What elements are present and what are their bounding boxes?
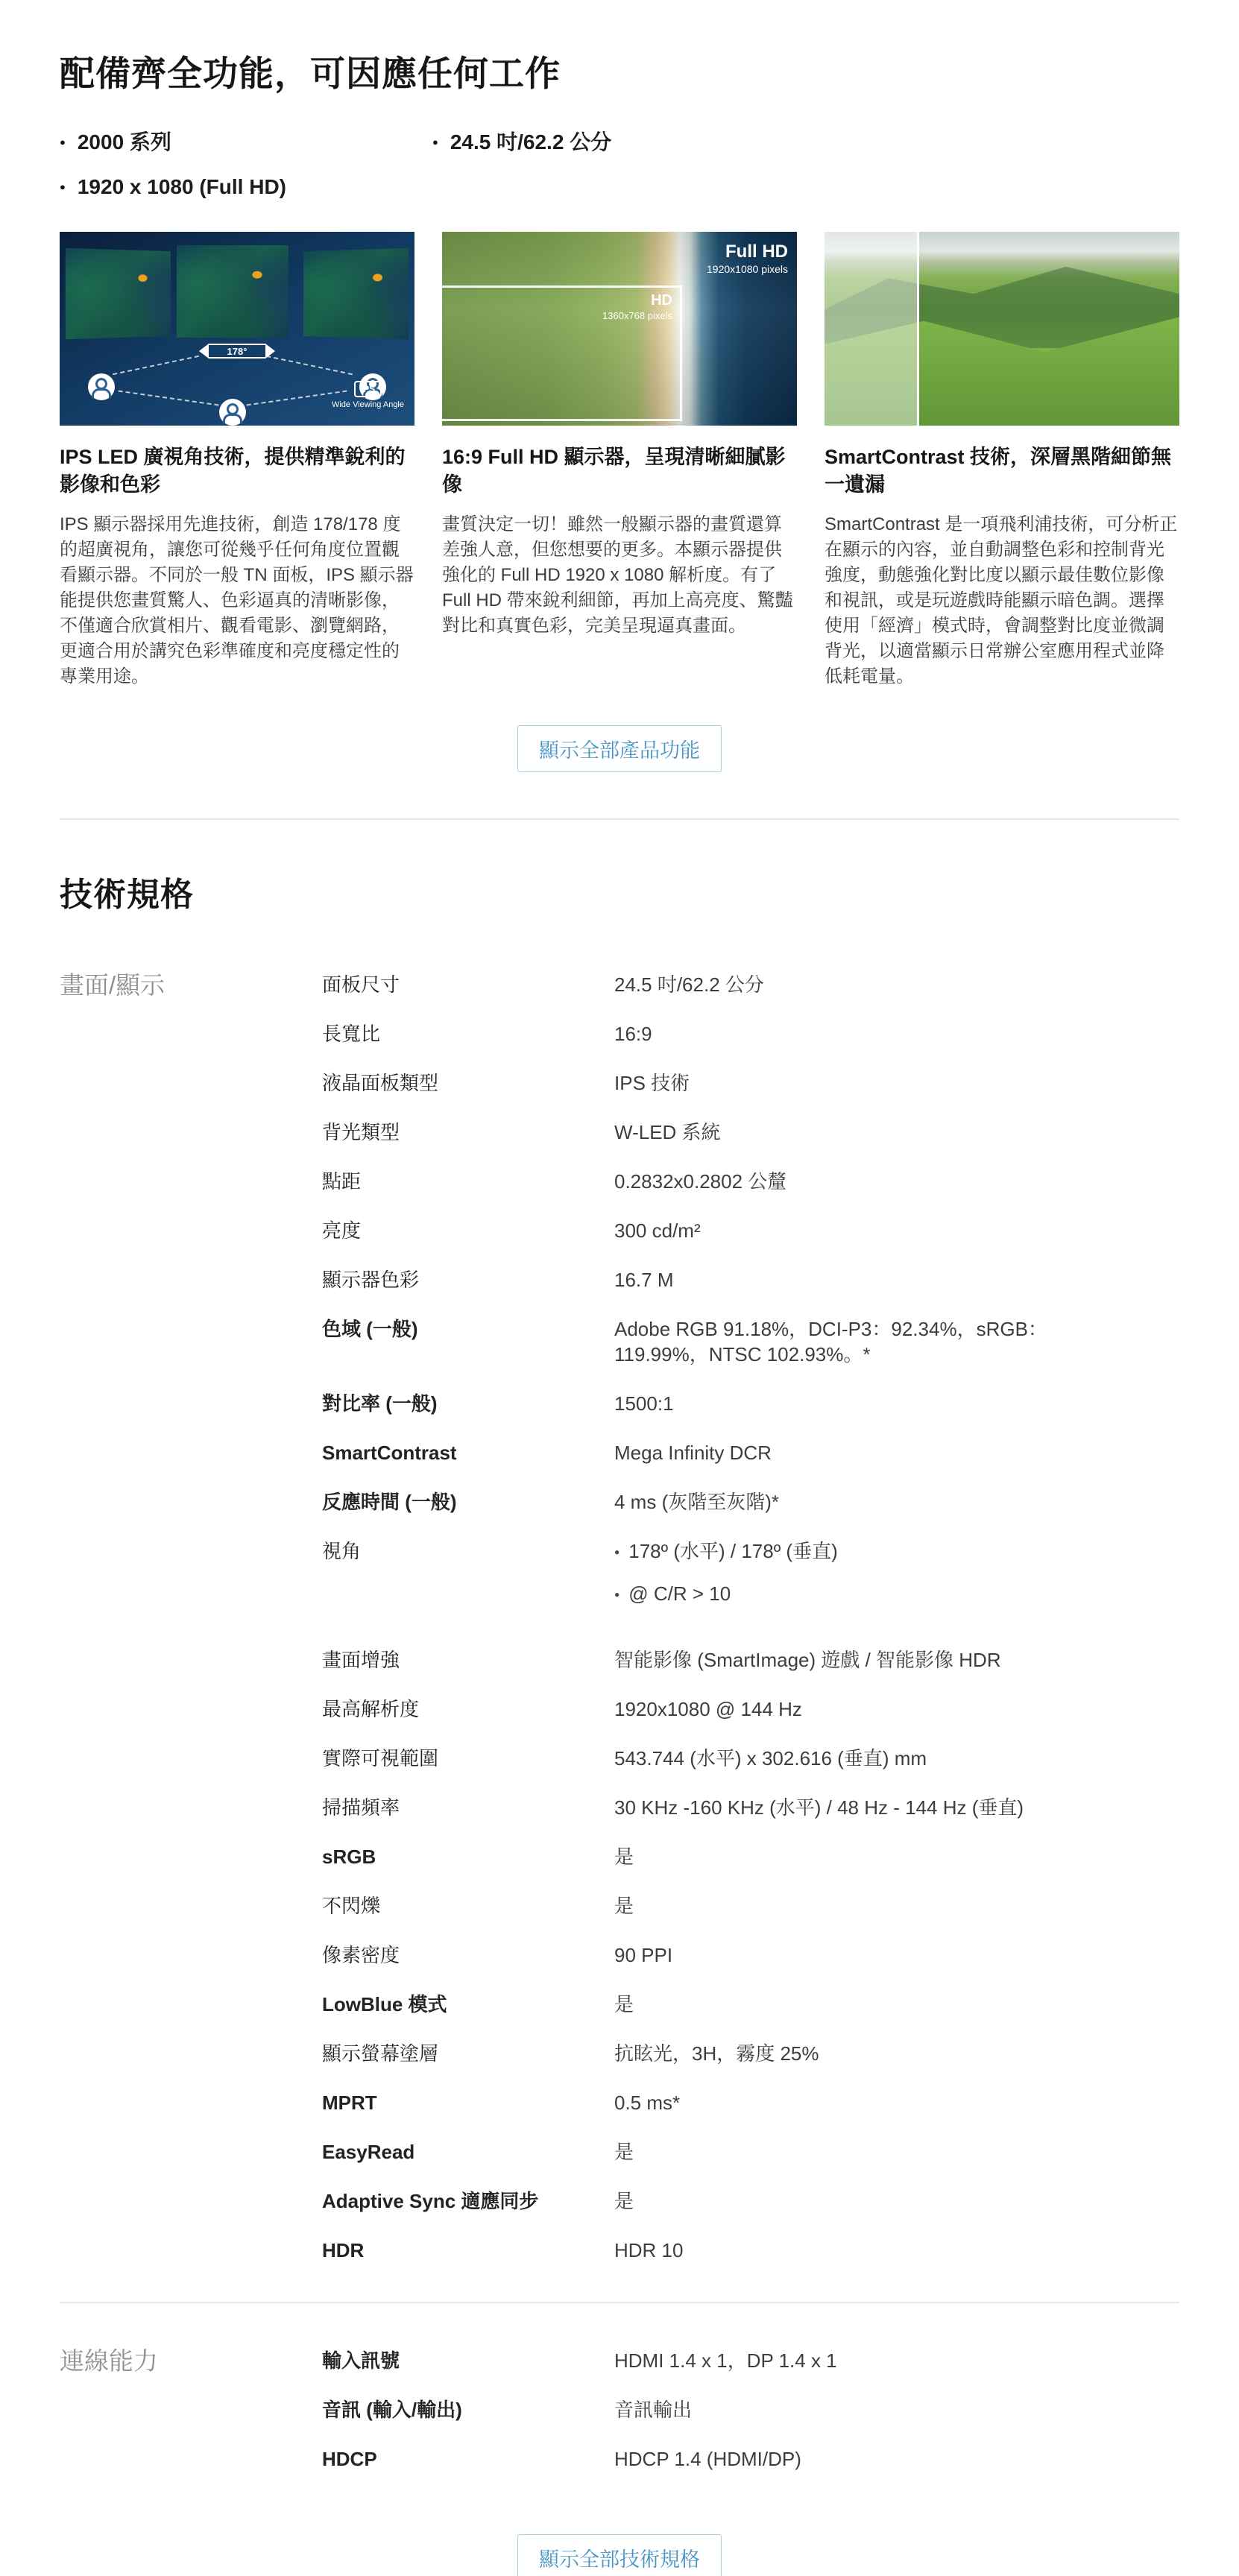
spec-section: 畫面/顯示面板尺寸24.5 吋/62.2 公分長寬比16:9液晶面板類型IPS … [60, 972, 1179, 2287]
spec-row: 最高解析度1920x1080 @ 144 Hz [322, 1696, 1179, 1722]
spec-label: 不閃爍 [322, 1893, 614, 1919]
spec-label: 視角 [322, 1538, 614, 1564]
card-title: IPS LED 廣視角技術，提供精準銳利的影像和色彩 [60, 443, 414, 499]
spec-value: HDMI 1.4 x 1，DP 1.4 x 1 [614, 2348, 837, 2373]
highlight-item: ●1920 x 1080 (Full HD) [60, 175, 432, 199]
arrow-left-icon [199, 344, 209, 359]
spec-value: 是 [614, 1844, 634, 1869]
hd-resolution: 1360x768 pixels [602, 310, 672, 321]
highlight-text: 2000 系列 [78, 126, 171, 156]
spec-value: Adobe RGB 91.18%，DCI-P3：92.34%，sRGB：119.… [614, 1316, 1136, 1367]
spec-value: IPS 技術 [614, 1070, 690, 1096]
spec-label: 掃描頻率 [322, 1795, 614, 1820]
features-heading: 配備齊全功能，可因應任何工作 [60, 46, 1179, 96]
spec-row: Adaptive Sync 適應同步是 [322, 2188, 1179, 2214]
spec-row: EasyRead是 [322, 2139, 1179, 2165]
spec-row: 畫面增強智能影像 (SmartImage) 遊戲 / 智能影像 HDR [322, 1647, 1179, 1673]
spec-label: 音訊 (輸入/輸出) [322, 2397, 614, 2422]
spec-value: 1920x1080 @ 144 Hz [614, 1696, 802, 1722]
spec-row: 面板尺寸24.5 吋/62.2 公分 [322, 972, 1179, 997]
spec-rows: 輸入訊號HDMI 1.4 x 1，DP 1.4 x 1音訊 (輸入/輸出)音訊輸… [322, 2348, 1179, 2495]
spec-value: HDCP 1.4 (HDMI/DP) [614, 2446, 801, 2472]
spec-row: 顯示螢幕塗層抗眩光，3H，霧度 25% [322, 2041, 1179, 2066]
card-body: SmartContrast 是一項飛利浦技術，可分析正在顯示的內容，並自動調整色… [825, 512, 1179, 689]
spec-value: 4 ms (灰階至灰階)* [614, 1489, 779, 1515]
spec-row: 像素密度90 PPI [322, 1942, 1179, 1968]
bullet-icon: ● [60, 136, 66, 148]
ips-wide-viewing-angle-image: 178° IPS Wide Viewing Angle [60, 232, 414, 426]
spec-value: 音訊輸出 [614, 2397, 692, 2422]
spec-row: 顯示器色彩16.7 M [322, 1267, 1179, 1292]
spec-label: LowBlue 模式 [322, 1992, 614, 2017]
feature-card-smartcontrast: SmartContrast 技術，深層黑階細節無一遺漏 SmartContras… [825, 232, 1179, 689]
spec-row: 反應時間 (一般)4 ms (灰階至灰階)* [322, 1489, 1179, 1515]
spec-value-list: ●178º (水平) / 178º (垂直)●@ C/R > 10 [614, 1538, 838, 1623]
spec-label: 液晶面板類型 [322, 1070, 614, 1096]
highlight-item: ●24.5 吋/62.2 公分 [432, 126, 1179, 156]
bullet-icon: ● [432, 136, 438, 148]
spec-row: 長寬比16:9 [322, 1021, 1179, 1046]
ips-badge-icon: IPS [354, 381, 382, 397]
spec-label: 亮度 [322, 1218, 614, 1243]
spec-row: LowBlue 模式是 [322, 1992, 1179, 2017]
spec-value: 是 [614, 2188, 634, 2214]
spec-row: 輸入訊號HDMI 1.4 x 1，DP 1.4 x 1 [322, 2348, 1179, 2373]
spec-row: 色域 (一般)Adobe RGB 91.18%，DCI-P3：92.34%，sR… [322, 1316, 1179, 1367]
spec-row: 背光類型W-LED 系統 [322, 1120, 1179, 1145]
section-divider [60, 2302, 1179, 2303]
full-hd-title: Full HD [707, 242, 788, 262]
spec-label: HDR [322, 2238, 614, 2263]
spec-value: Mega Infinity DCR [614, 1440, 772, 1465]
hd-area-outline: HD 1360x768 pixels [442, 285, 682, 421]
spec-section-label: 連線能力 [60, 2348, 322, 2375]
spec-label: 像素密度 [322, 1942, 614, 1968]
low-contrast-overlay [825, 232, 917, 426]
spec-label: 點距 [322, 1169, 614, 1194]
spec-value: 1500:1 [614, 1391, 674, 1416]
spec-value: 0.5 ms* [614, 2090, 680, 2115]
spec-value: 是 [614, 1893, 634, 1919]
comparison-split-line [917, 232, 919, 426]
spec-value: HDR 10 [614, 2238, 683, 2263]
spec-value-text: @ C/R > 10 [628, 1581, 731, 1606]
spec-value: 16:9 [614, 1021, 652, 1046]
spec-label: 輸入訊號 [322, 2348, 614, 2373]
highlight-text: 24.5 吋/62.2 公分 [450, 126, 611, 156]
spec-label: HDCP [322, 2446, 614, 2472]
spec-label: SmartContrast [322, 1440, 614, 1465]
spec-sections: 畫面/顯示面板尺寸24.5 吋/62.2 公分長寬比16:9液晶面板類型IPS … [60, 972, 1179, 2495]
highlights-list: ●2000 系列 ●24.5 吋/62.2 公分 ●1920 x 1080 (F… [60, 126, 1179, 199]
bullet-icon: ● [614, 1539, 619, 1565]
spec-section-label: 畫面/顯示 [60, 972, 322, 999]
spec-row: 點距0.2832x0.2802 公釐 [322, 1169, 1179, 1194]
spec-label: Adaptive Sync 適應同步 [322, 2188, 614, 2214]
bullet-icon: ● [614, 1582, 619, 1607]
spec-label: 實際可視範圍 [322, 1746, 614, 1771]
viewer-person-icon [88, 373, 115, 400]
monitor-screen-left [66, 248, 171, 339]
spec-row: 音訊 (輸入/輸出)音訊輸出 [322, 2397, 1179, 2422]
spec-row: 不閃爍是 [322, 1893, 1179, 1919]
section-divider [60, 818, 1179, 820]
spec-label: 顯示器色彩 [322, 1267, 614, 1292]
spec-label: 色域 (一般) [322, 1316, 614, 1342]
hd-title: HD [602, 292, 672, 309]
spec-rows: 面板尺寸24.5 吋/62.2 公分長寬比16:9液晶面板類型IPS 技術背光類… [322, 972, 1179, 2287]
highlight-text: 1920 x 1080 (Full HD) [78, 175, 286, 199]
spec-value-bullet: ●@ C/R > 10 [614, 1581, 838, 1610]
spec-value: 16.7 M [614, 1267, 674, 1292]
spec-row: MPRT0.5 ms* [322, 2090, 1179, 2115]
dashed-sightline [266, 356, 353, 375]
card-body: IPS 顯示器採用先進技術，創造 178/178 度的超廣視角，讓您可從幾乎任何… [60, 512, 414, 689]
spec-label: 面板尺寸 [322, 972, 614, 997]
show-all-features-row: 顯示全部產品功能 [60, 725, 1179, 772]
hd-overlay-label: HD 1360x768 pixels [602, 292, 672, 321]
spec-label: MPRT [322, 2090, 614, 2115]
spec-value: 抗眩光，3H，霧度 25% [614, 2041, 819, 2066]
spec-value: 300 cd/m² [614, 1218, 701, 1243]
show-all-features-button[interactable]: 顯示全部產品功能 [517, 725, 722, 772]
spec-row: SmartContrastMega Infinity DCR [322, 1440, 1179, 1465]
spec-row: 視角●178º (水平) / 178º (垂直)●@ C/R > 10 [322, 1538, 1179, 1623]
spec-label: sRGB [322, 1844, 614, 1869]
spec-row: 液晶面板類型IPS 技術 [322, 1070, 1179, 1096]
show-all-specs-row: 顯示全部技術規格 [60, 2534, 1179, 2576]
spec-row: HDRHDR 10 [322, 2238, 1179, 2263]
arrow-right-icon [265, 344, 275, 359]
product-page: 配備齊全功能，可因應任何工作 ●2000 系列 ●24.5 吋/62.2 公分 … [0, 0, 1239, 2576]
show-all-specs-button[interactable]: 顯示全部技術規格 [517, 2534, 722, 2576]
spec-value: W-LED 系統 [614, 1120, 721, 1145]
feature-cards: 178° IPS Wide Viewing Angle IPS LED 廣視角技… [60, 232, 1179, 689]
spec-label: 長寬比 [322, 1021, 614, 1046]
spec-label: EasyRead [322, 2139, 614, 2165]
card-body: 畫質決定一切！雖然一般顯示器的畫質還算差強人意，但您想要的更多。本顯示器提供強化… [442, 512, 797, 639]
spec-value: 543.744 (水平) x 302.616 (垂直) mm [614, 1746, 927, 1771]
viewer-person-icon [219, 399, 246, 426]
spec-value-text: 178º (水平) / 178º (垂直) [628, 1538, 838, 1564]
spec-row: 掃描頻率30 KHz -160 KHz (水平) / 48 Hz - 144 H… [322, 1795, 1179, 1820]
spec-label: 畫面增強 [322, 1647, 614, 1673]
viewing-angle-arrow-icon: 178° [199, 344, 275, 359]
spec-label: 顯示螢幕塗層 [322, 2041, 614, 2066]
spec-value: 是 [614, 1992, 634, 2017]
full-hd-comparison-image: Full HD 1920x1080 pixels HD 1360x768 pix… [442, 232, 797, 426]
smartcontrast-mountains-image [825, 232, 1179, 426]
spec-row: 實際可視範圍543.744 (水平) x 302.616 (垂直) mm [322, 1746, 1179, 1771]
full-hd-overlay-label: Full HD 1920x1080 pixels [707, 242, 788, 275]
spec-row: sRGB是 [322, 1844, 1179, 1869]
spec-value: 0.2832x0.2802 公釐 [614, 1169, 786, 1194]
spec-label: 對比率 (一般) [322, 1391, 614, 1416]
bullet-icon: ● [60, 181, 66, 192]
ips-badge-caption: Wide Viewing Angle [332, 400, 404, 409]
full-hd-resolution: 1920x1080 pixels [707, 263, 788, 275]
feature-card-ips: 178° IPS Wide Viewing Angle IPS LED 廣視角技… [60, 232, 414, 689]
spec-row: HDCPHDCP 1.4 (HDMI/DP) [322, 2446, 1179, 2472]
spec-row: 亮度300 cd/m² [322, 1218, 1179, 1243]
spec-row: 對比率 (一般)1500:1 [322, 1391, 1179, 1416]
spec-section: 連線能力輸入訊號HDMI 1.4 x 1，DP 1.4 x 1音訊 (輸入/輸出… [60, 2348, 1179, 2495]
spec-value: 90 PPI [614, 1942, 672, 1968]
feature-card-fullhd: Full HD 1920x1080 pixels HD 1360x768 pix… [442, 232, 797, 689]
spec-value: 智能影像 (SmartImage) 遊戲 / 智能影像 HDR [614, 1647, 1001, 1673]
card-title: SmartContrast 技術，深層黑階細節無一遺漏 [825, 443, 1179, 499]
monitor-screen-center [177, 245, 289, 338]
specs-heading: 技術規格 [60, 868, 1179, 915]
spec-value: 30 KHz -160 KHz (水平) / 48 Hz - 144 Hz (垂… [614, 1795, 1024, 1820]
spec-value: 24.5 吋/62.2 公分 [614, 972, 764, 997]
card-title: 16:9 Full HD 顯示器，呈現清晰細膩影像 [442, 443, 797, 499]
spec-value: 是 [614, 2139, 634, 2165]
spec-label: 最高解析度 [322, 1696, 614, 1722]
spec-value-bullet: ●178º (水平) / 178º (垂直) [614, 1538, 838, 1568]
monitor-screen-right [303, 248, 409, 339]
dashed-sightline [119, 391, 219, 406]
spec-label: 背光類型 [322, 1120, 614, 1145]
dashed-sightline [113, 356, 199, 375]
highlight-item: ●2000 系列 [60, 126, 432, 156]
spec-label: 反應時間 (一般) [322, 1489, 614, 1515]
viewing-angle-value: 178° [209, 344, 265, 359]
ips-badge: IPS Wide Viewing Angle [332, 381, 404, 409]
